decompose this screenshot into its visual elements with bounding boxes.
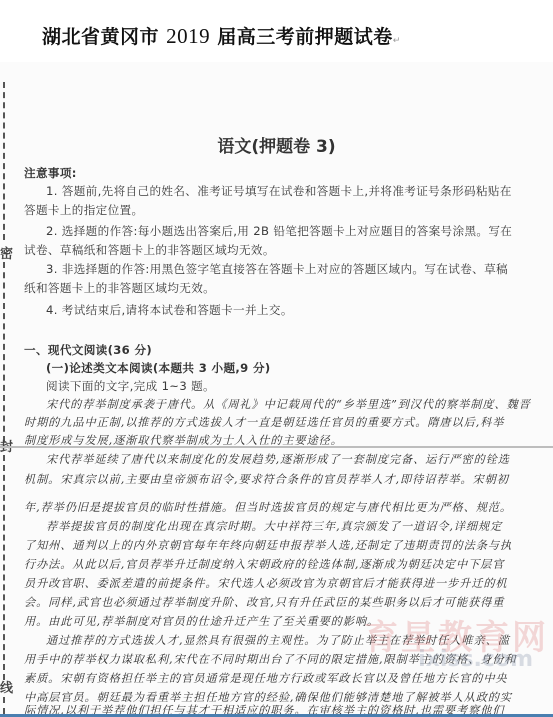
title-prefix: 湖北省黄冈市 [42,26,159,48]
passage-line: 宋代的荐举制度承袭于唐代。从《周礼》中记载周代的“乡举里选”到汉代的察举制度、魏… [46,396,531,412]
note-line: 3. 非选择题的作答:用黑色签字笔直接答在答题卡上对应的答题区域内。写在试卷、草… [46,261,508,277]
passage-line: 行办法。从此以后,官员荐举升迁制度纳入宋朝政府的铨选体制,逐渐成为朝廷决定中下层… [24,556,504,572]
passage-line: 宋代荐举延续了唐代以来制度化的发展趋势,逐渐形成了一套制度完备、运行严密的铨选 [46,451,510,467]
passage-line: 了知州、通判以上的内外京朝官每年年终向朝廷申报荐举人选,还制定了违期责罚的法条与… [24,537,512,553]
notes-heading: 注意事项: [24,165,77,181]
scanned-exam-page: 密 封 线 语文(押题卷 3) 注意事项: 1. 答题前,先将自己的姓名、准考证… [0,62,553,714]
document-title: 湖北省黄冈市 2019 届高三考前押题试卷↵ [42,22,401,49]
paragraph-return-mark: ↵ [393,36,401,46]
title-year: 2019 [166,24,210,48]
binding-line-segment [3,455,5,680]
reading-instruction: 阅读下面的文字,完成 1~3 题。 [46,378,215,394]
note-line: 纸和答题卡上的非答题区域均无效。 [24,280,215,296]
passage-line: 素质。宋朝有资格担任举主的官员通常是现任地方行政或军政长官以及曾任地方长官的中央 [24,670,508,686]
note-line: 4. 考试结束后,请将本试卷和答题卡一并上交。 [46,302,293,318]
scan-seam-line [0,446,553,448]
note-line: 1. 答题前,先将自己的姓名、准考证号填写在试卷和答题卡上,并将准考证号条形码粘… [46,183,512,199]
margin-char-mi: 密 [0,243,13,262]
margin-char-xian: 线 [0,677,13,696]
binding-line-segment [3,697,5,714]
passage-line: 员升改官职、委派差遣的前提条件。宋代选人必须改官为京朝官后才能获得进一步升迁的机 [24,575,508,591]
binding-line-segment [3,262,5,442]
note-line: 答题卡上的指定位置。 [24,202,143,218]
watermark-url: ixiss.com [418,647,533,672]
passage-line: 年,荐举仍旧是提拔官员的临时性措施。但当时选拔官员的规定与唐代相比更为严格、规范… [24,499,512,515]
paper-title: 语文(押题卷 3) [0,132,553,157]
note-line: 试卷、草稿纸和答题卡上的非答题区域均无效。 [24,242,275,258]
passage-line: 荐举提拔官员的制度化出现在真宗时期。大中祥符三年,真宗颁发了一道诏令,详细规定 [46,518,502,534]
passage-line: 用。由此可见,荐举制度对官员的仕途升迁产生了至关重要的影响。 [24,613,379,629]
title-suffix: 届高三考前押题试卷 [217,26,393,48]
passage-line: 会。同样,武官也必须通过荐举制度升阶、改官,只有升任武臣的某些职务以后才可能获得… [24,594,504,610]
subsection-heading: (一)论述类文本阅读(本题共 3 小题,9 分) [46,360,271,376]
document-header: 湖北省黄冈市 2019 届高三考前押题试卷↵ [0,0,553,62]
passage-line: 时期的九品中正制,以推荐的方式选拔人才一直是朝廷选任官员的重要方式。隋唐以后,科… [24,414,504,430]
binding-line-segment [3,82,5,240]
section-heading: 一、现代文阅读(36 分) [24,342,152,358]
passage-line: 机制。宋真宗以前,主要由皇帝颁布诏令,要求符合条件的官员荐举人才,即待诏荐举。宋… [24,471,509,487]
note-line: 2. 选择题的作答:每小题选出答案后,用 2B 铅笔把答题卡上对应题目的答案号涂… [46,223,512,239]
